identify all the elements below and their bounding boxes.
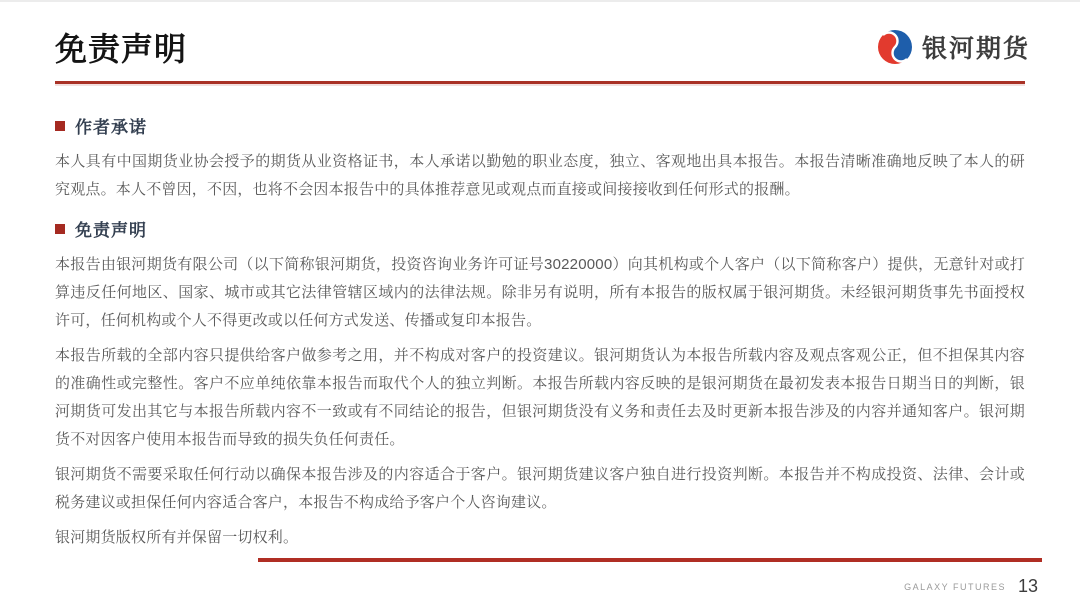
paragraph-author-commitment: 本人具有中国期货业协会授予的期货从业资格证书，本人承诺以勤勉的职业态度，独立、客… bbox=[55, 148, 1025, 204]
section-heading-author-commitment: 作者承诺 bbox=[55, 113, 1025, 138]
title-divider bbox=[55, 81, 1025, 84]
paragraph-disclaimer-2: 本报告所载的全部内容只提供给客户做参考之用，并不构成对客户的投资建议。银河期货认… bbox=[55, 342, 1025, 454]
brand-logo: 银河期货 bbox=[877, 29, 1030, 65]
paragraph-copyright: 银河期货版权所有并保留一切权利。 bbox=[55, 524, 1025, 552]
section-title: 作者承诺 bbox=[75, 113, 147, 138]
footer-brand: GALAXY FUTURES bbox=[904, 582, 1006, 592]
brand-name: 银河期货 bbox=[922, 29, 1030, 65]
square-bullet-icon bbox=[55, 121, 65, 131]
paragraph-disclaimer-3: 银河期货不需要采取任何行动以确保本报告涉及的内容适合于客户。银河期货建议客户独自… bbox=[55, 461, 1025, 517]
content: 作者承诺 本人具有中国期货业协会授予的期货从业资格证书，本人承诺以勤勉的职业态度… bbox=[0, 81, 1080, 552]
square-bullet-icon bbox=[55, 224, 65, 234]
footer-divider bbox=[258, 558, 1042, 562]
disclaimer-slide: 免责声明 银河期货 作者承诺 本人具有中国期货业协会授予的期货从业资格证书，本人… bbox=[0, 0, 1080, 610]
header: 免责声明 银河期货 bbox=[0, 2, 1080, 81]
section-title: 免责声明 bbox=[75, 216, 147, 241]
section-heading-disclaimer: 免责声明 bbox=[55, 216, 1025, 241]
galaxy-swirl-icon bbox=[877, 29, 913, 65]
paragraph-disclaimer-1: 本报告由银河期货有限公司（以下简称银河期货，投资咨询业务许可证号30220000… bbox=[55, 251, 1025, 335]
page-title: 免责声明 bbox=[55, 24, 187, 70]
footer: GALAXY FUTURES 13 bbox=[904, 576, 1038, 597]
page-number: 13 bbox=[1018, 576, 1038, 597]
